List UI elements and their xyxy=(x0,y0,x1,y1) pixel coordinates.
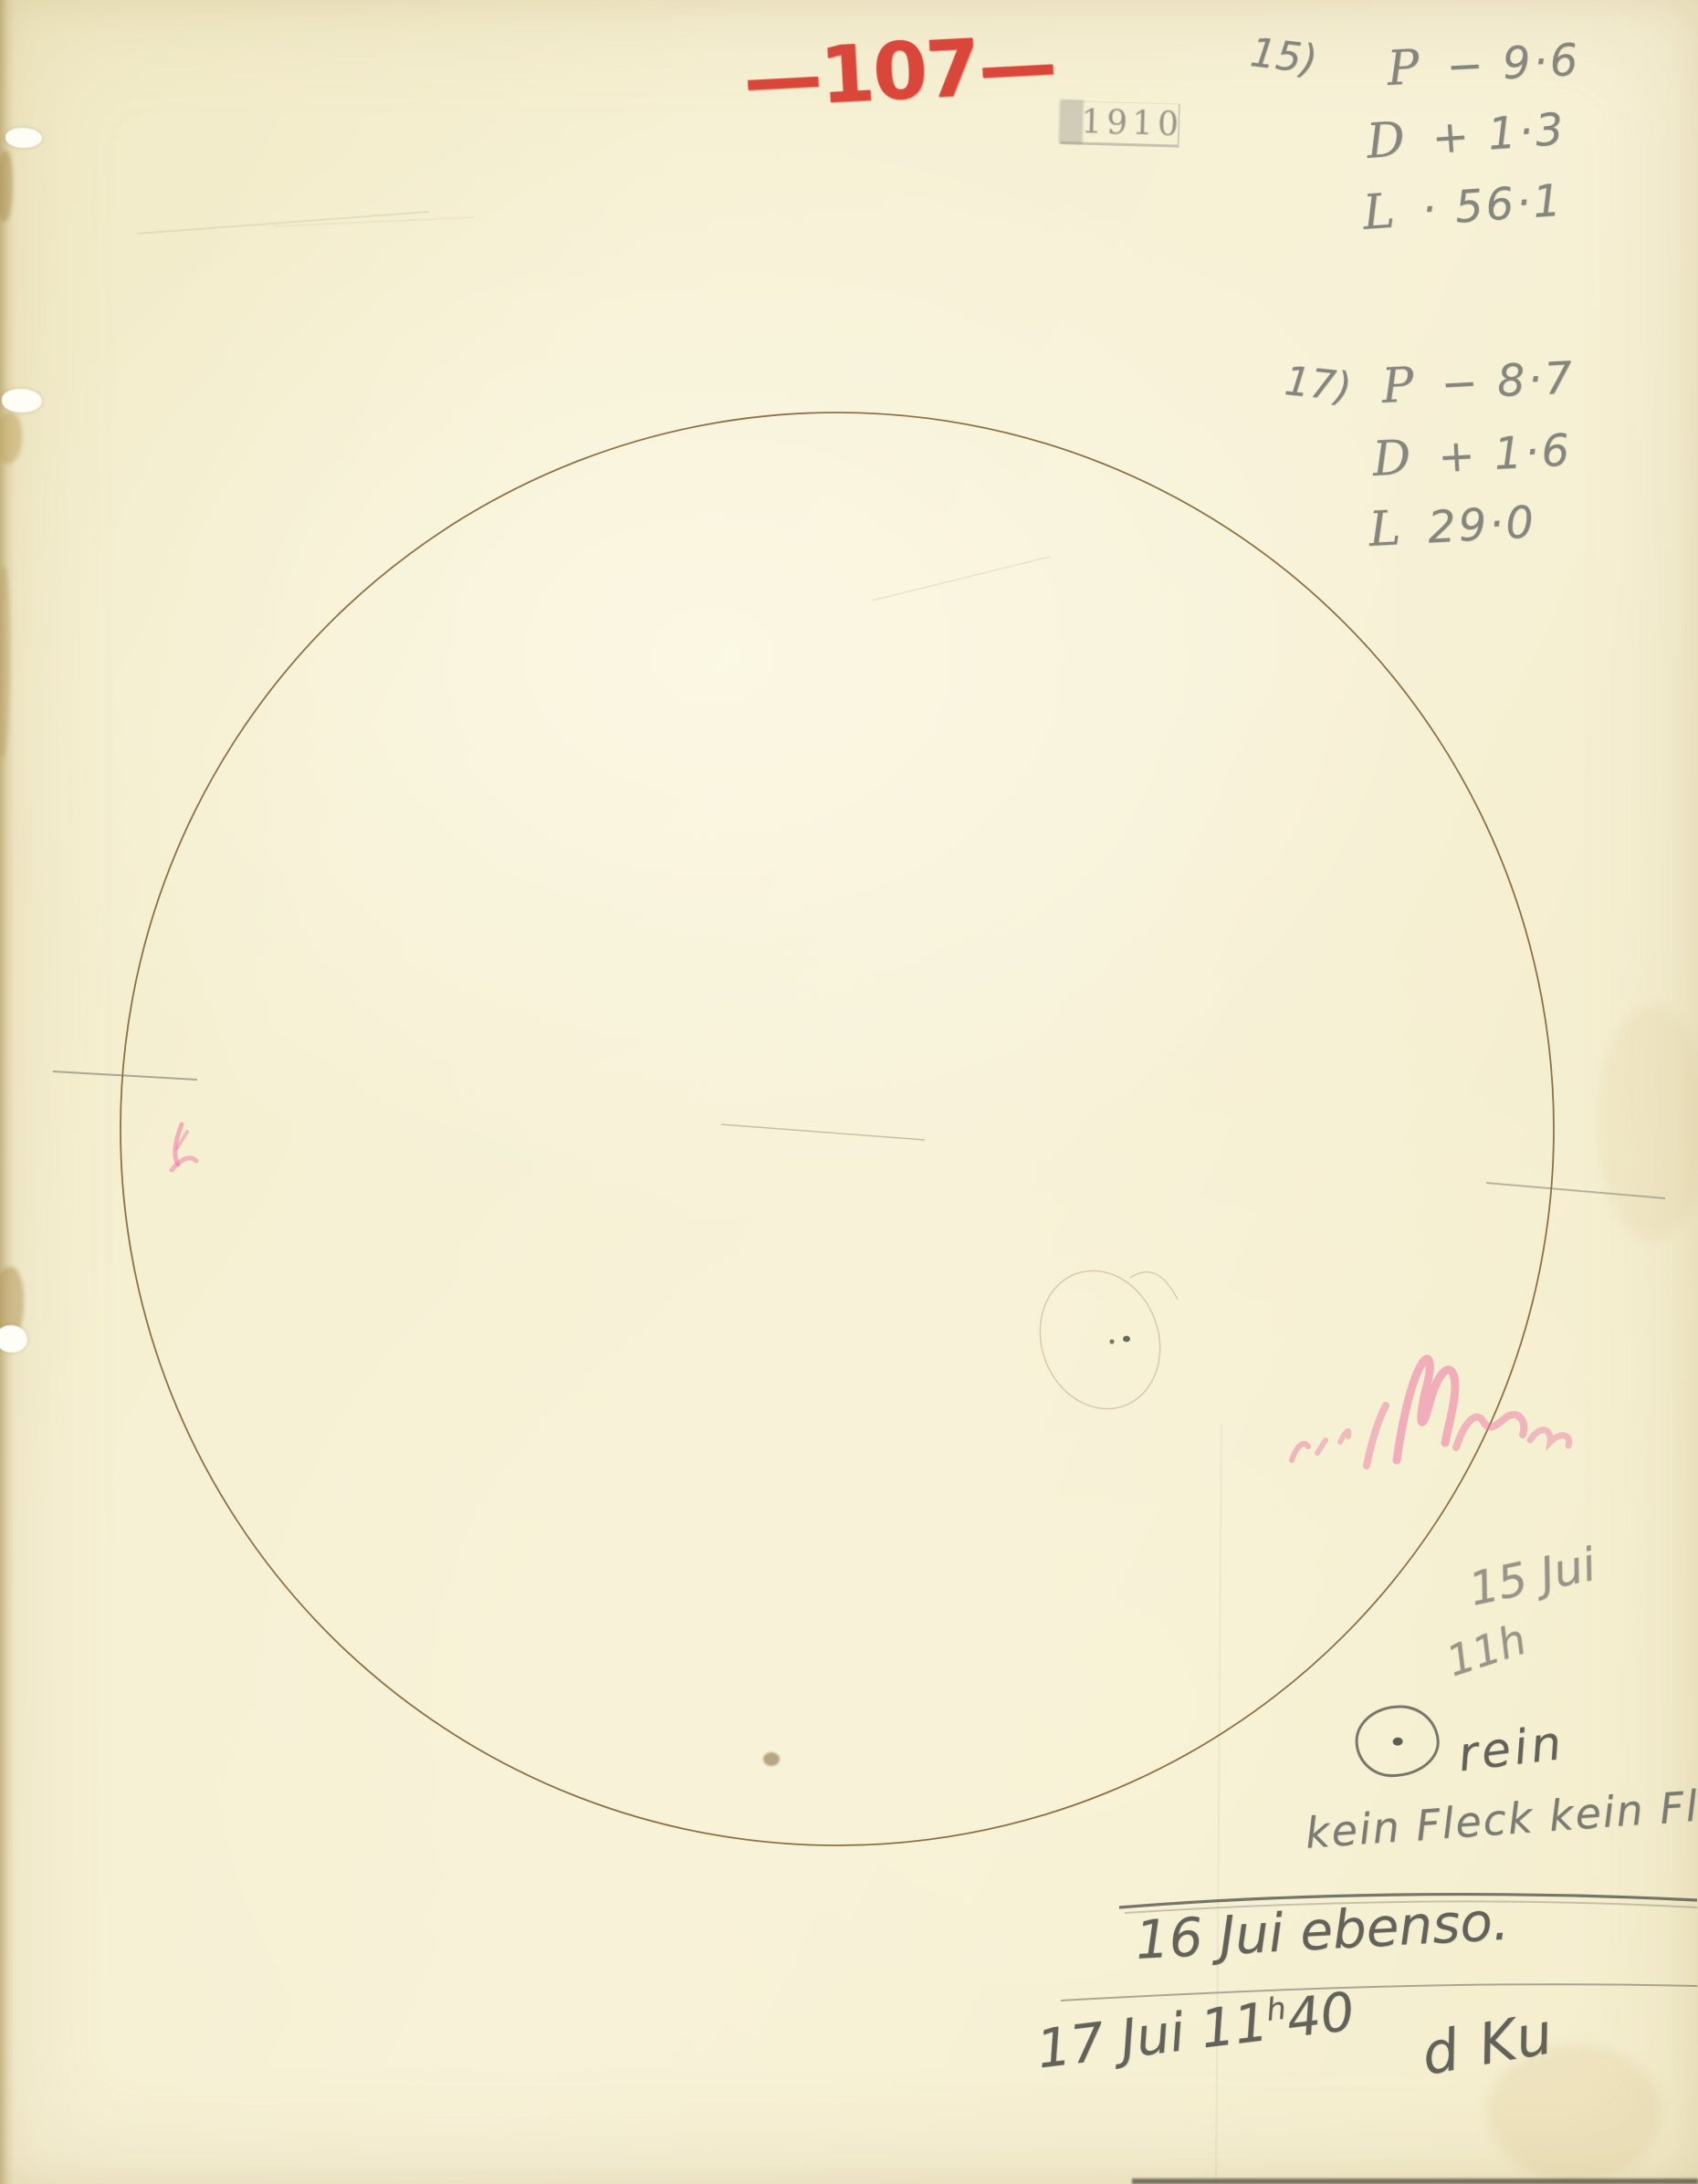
crease-line xyxy=(872,557,1050,601)
pink-mark-left xyxy=(172,1124,196,1170)
pink-scribble xyxy=(1292,1359,1569,1466)
west-limb-tick xyxy=(53,1071,197,1080)
solar-disk-outline xyxy=(121,413,1554,1845)
east-limb-tick xyxy=(1486,1183,1665,1198)
region-tail xyxy=(1130,1272,1178,1300)
sun-symbol-dot xyxy=(1392,1737,1403,1746)
faint-region-outline xyxy=(1022,1254,1179,1426)
note-rule-2 xyxy=(1061,1984,1697,2001)
crease-line xyxy=(1216,1424,1221,2184)
entry-17-minutes: 40 xyxy=(1284,1980,1358,2049)
crease-line xyxy=(137,212,429,234)
region-dot xyxy=(1109,1339,1114,1343)
equator-line xyxy=(721,1124,925,1140)
region-dot xyxy=(1123,1336,1130,1343)
drawing-layer xyxy=(0,0,1698,2184)
scanned-observation-page: —107— 1910 15) P − 9·6 D + 1·3 L · 56·1 … xyxy=(0,0,1698,2184)
